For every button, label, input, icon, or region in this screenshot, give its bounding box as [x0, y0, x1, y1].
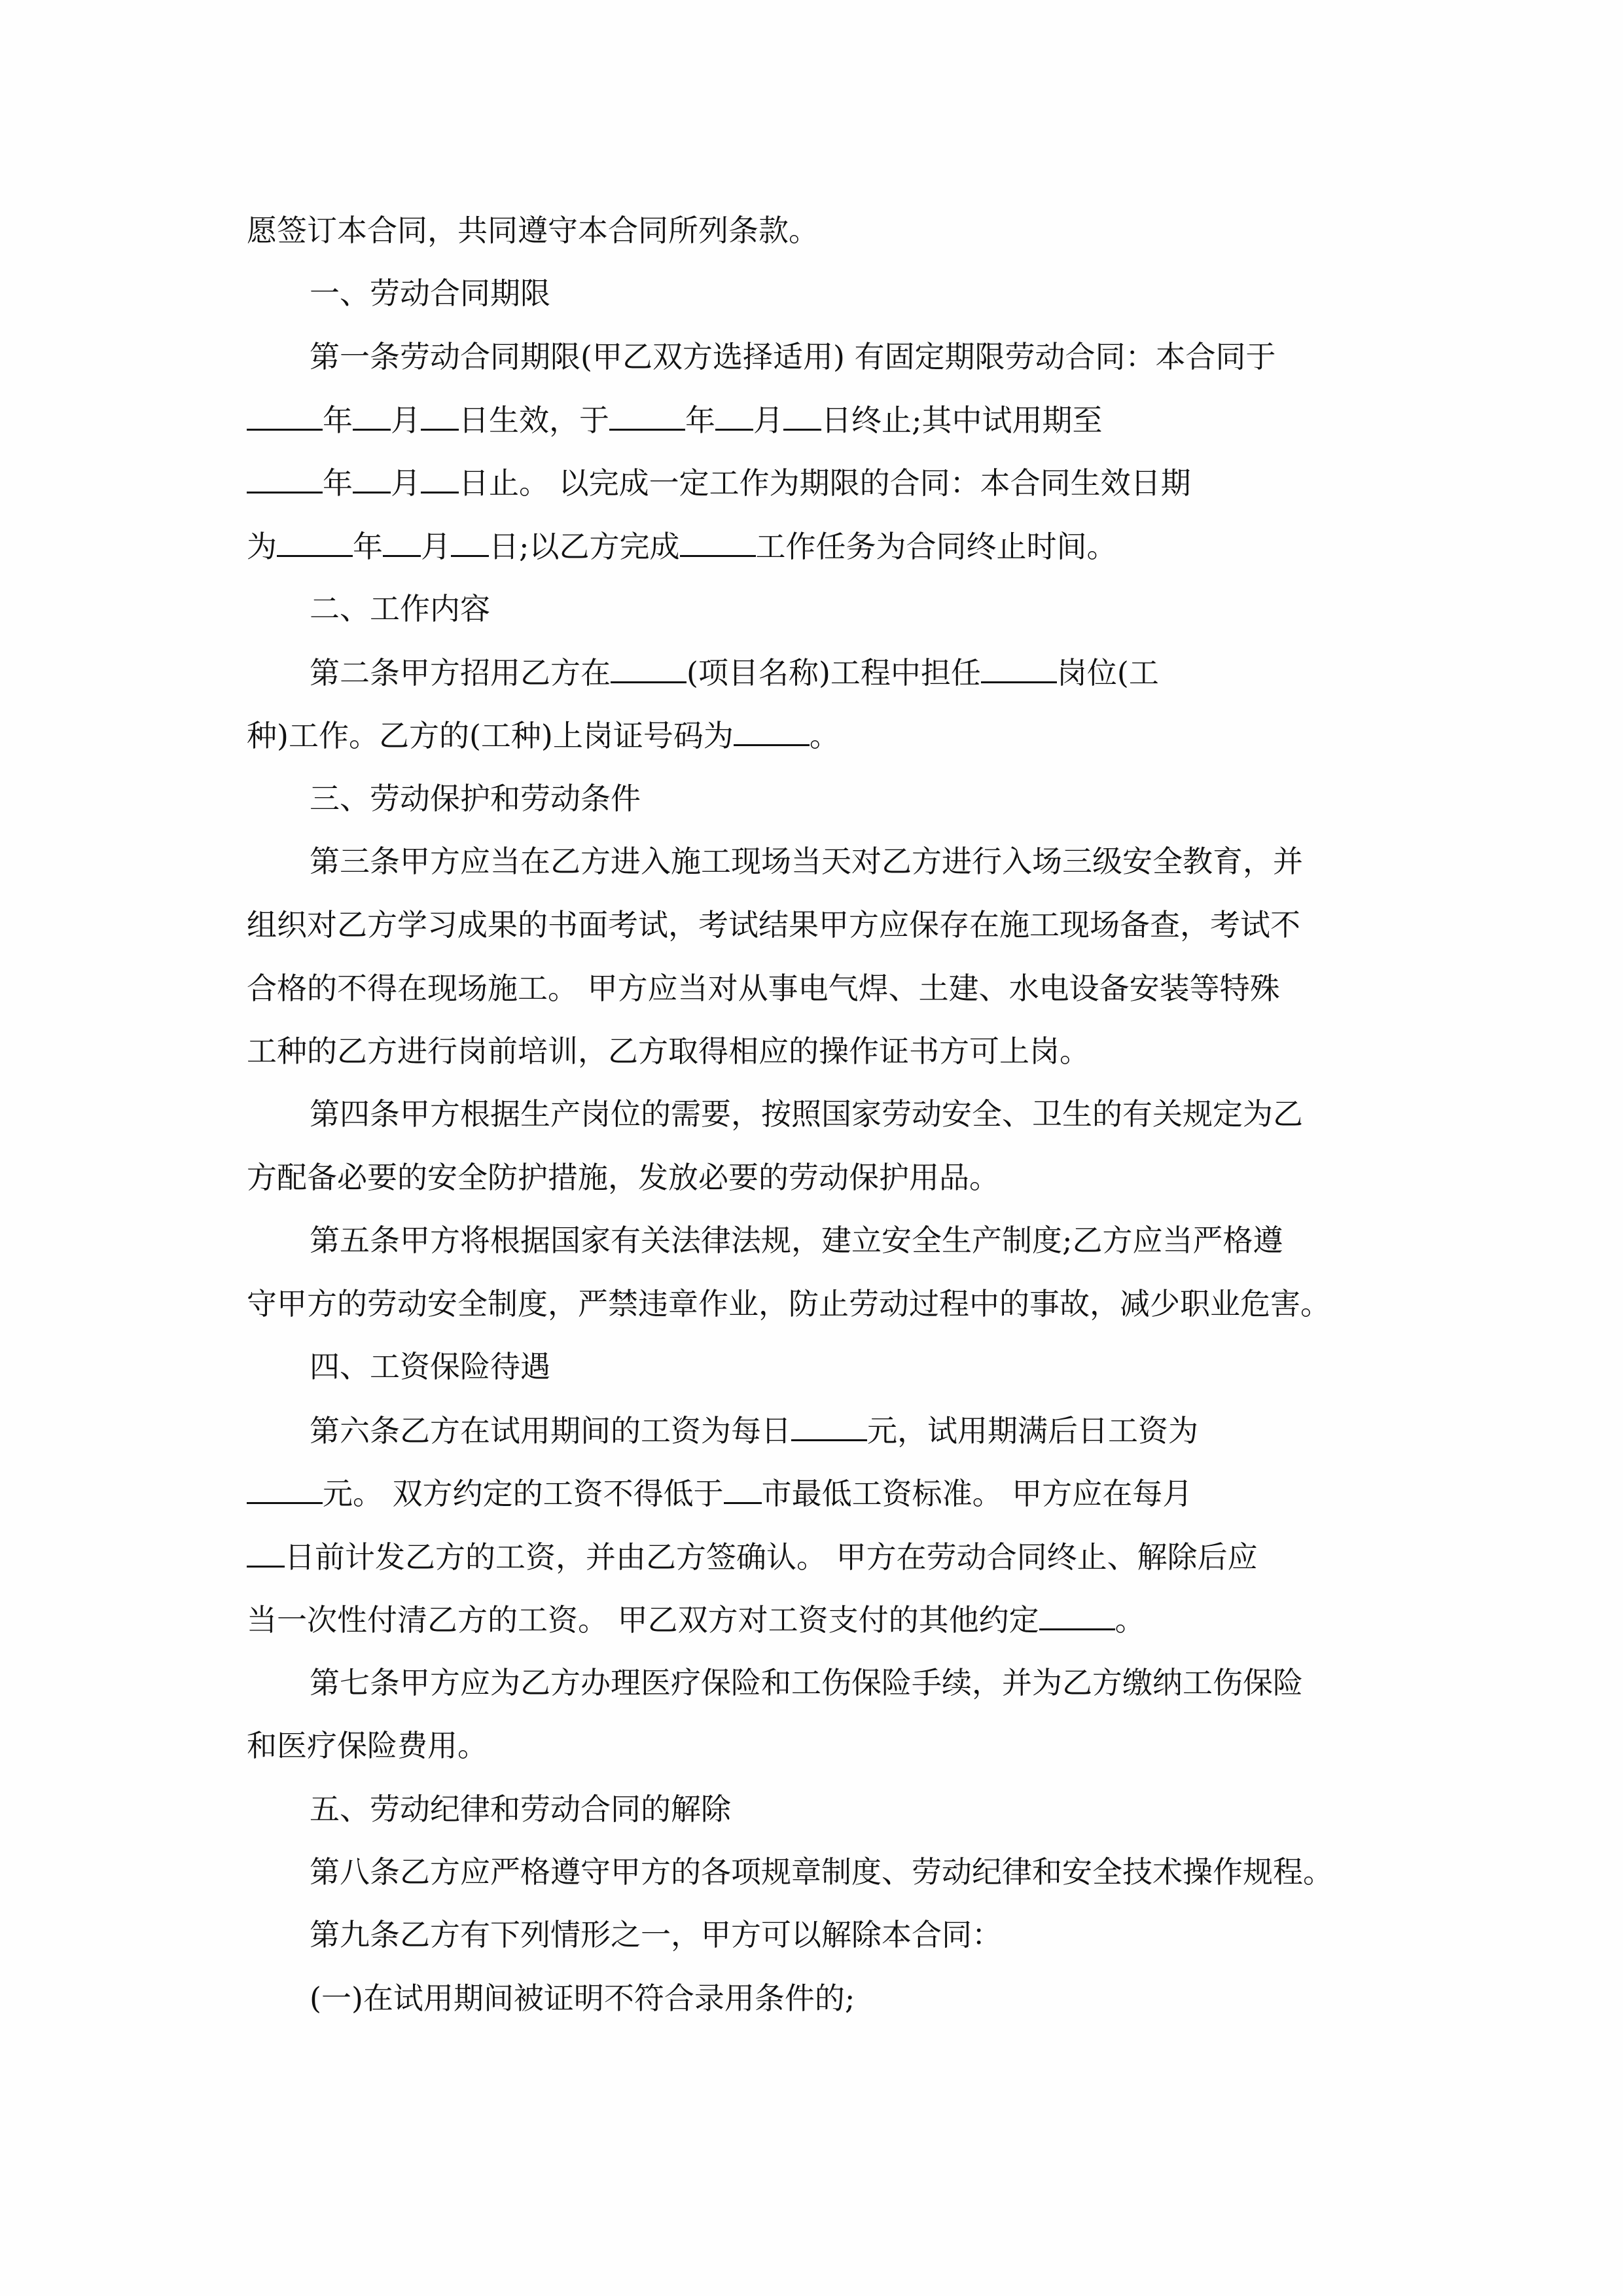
article-5-line-2: 守甲方的劳动安全制度，严禁违章作业，防止劳动过程中的事故，减少职业危害。: [247, 1284, 1330, 1323]
blank-field[interactable]: [791, 1410, 867, 1441]
article-3-line-3: 合格的不得在现场施工。 甲方应当对从事电气焊、土建、水电设备安装等特殊: [247, 969, 1280, 1008]
blank-field[interactable]: [353, 400, 391, 431]
article-3-line-1: 第三条甲方应当在乙方进入施工现场当天对乙方进行入场三级安全教育，并: [310, 842, 1303, 881]
text-fragment: 市最低工资标准。 甲方应在每月: [762, 1476, 1193, 1511]
section-heading-1: 一、劳动合同期限: [310, 274, 550, 313]
text-month: 月: [421, 529, 451, 564]
blank-field[interactable]: [609, 400, 685, 431]
article-6-line-3: 日前计发乙方的工资，并由乙方签确认。 甲方在劳动合同终止、解除后应: [247, 1537, 1258, 1576]
article-7-line-2: 和医疗保险费用。: [247, 1726, 488, 1765]
section-heading-3: 三、劳动保护和劳动条件: [310, 779, 641, 818]
article-1-line-2: 年月日生效，于年月日终止;其中试用期至: [247, 400, 1103, 439]
blank-field[interactable]: [981, 653, 1057, 683]
blank-field[interactable]: [1039, 1600, 1115, 1630]
text-month: 月: [391, 465, 421, 501]
blank-field[interactable]: [421, 400, 459, 431]
text-fragment: 第六条乙方在试用期间的工资为每日: [310, 1413, 791, 1448]
text-fragment: 种)工作。乙方的(工种)上岗证号码为: [247, 718, 734, 753]
text-fragment: 当一次性付清乙方的工资。 甲乙双方对工资支付的其他约定: [247, 1602, 1039, 1638]
text-fragment: 元。 双方约定的工资不得低于: [323, 1476, 724, 1511]
text-year: 年: [685, 403, 715, 438]
section-heading-4: 四、工资保险待遇: [310, 1347, 550, 1386]
article-2-line-2: 种)工作。乙方的(工种)上岗证号码为。: [247, 715, 840, 755]
article-5-line-1: 第五条甲方将根据国家有关法律法规，建立安全生产制度;乙方应当严格遵: [310, 1221, 1283, 1260]
article-7-line-1: 第七条甲方应为乙方办理医疗保险和工伤保险手续，并为乙方缴纳工伤保险: [310, 1663, 1303, 1702]
blank-field[interactable]: [247, 1473, 323, 1504]
article-1-line-1: 第一条劳动合同期限(甲乙双方选择适用) 有固定期限劳动合同：本合同于: [310, 337, 1276, 376]
text-fragment: 第二条甲方招用乙方在: [310, 655, 611, 691]
text-month: 月: [753, 403, 783, 438]
blank-field[interactable]: [421, 463, 459, 493]
blank-field[interactable]: [734, 715, 810, 746]
section-heading-5: 五、劳动纪律和劳动合同的解除: [310, 1789, 731, 1829]
article-2-line-1: 第二条甲方招用乙方在(项目名称)工程中担任岗位(工: [310, 653, 1159, 692]
text-year: 年: [323, 465, 353, 501]
section-heading-2: 二、工作内容: [310, 589, 490, 628]
article-3-line-4: 工种的乙方进行岗前培训，乙方取得相应的操作证书方可上岗。: [247, 1031, 1090, 1071]
text-fragment: 日;以乙方完成: [489, 529, 680, 564]
text-fragment: 日生效，于: [459, 403, 609, 438]
text-fragment: 日前计发乙方的工资，并由乙方签确认。 甲方在劳动合同终止、解除后应: [285, 1539, 1258, 1575]
blank-field[interactable]: [353, 463, 391, 493]
blank-field[interactable]: [277, 526, 353, 557]
text-month: 月: [391, 403, 421, 438]
text-fragment: 为: [247, 529, 277, 564]
text-year: 年: [323, 403, 353, 438]
blank-field[interactable]: [611, 653, 687, 683]
blank-field[interactable]: [383, 526, 421, 557]
text-year: 年: [353, 529, 383, 564]
article-6-line-2: 元。 双方约定的工资不得低于市最低工资标准。 甲方应在每月: [247, 1473, 1192, 1513]
blank-field[interactable]: [451, 526, 489, 557]
blank-field[interactable]: [680, 526, 756, 557]
paragraph-line: 愿签订本合同，共同遵守本合同所列条款。: [247, 211, 819, 250]
blank-field[interactable]: [247, 463, 323, 493]
article-6-line-1: 第六条乙方在试用期间的工资为每日元，试用期满后日工资为: [310, 1410, 1198, 1450]
article-3-line-2: 组织对乙方学习成果的书面考试，考试结果甲方应保存在施工现场备查，考试不: [247, 905, 1300, 944]
text-fragment: 。: [810, 718, 840, 753]
article-4-line-1: 第四条甲方根据生产岗位的需要，按照国家劳动安全、卫生的有关规定为乙: [310, 1094, 1303, 1134]
blank-field[interactable]: [247, 1537, 285, 1568]
article-6-line-4: 当一次性付清乙方的工资。 甲乙双方对工资支付的其他约定。: [247, 1600, 1145, 1639]
blank-field[interactable]: [247, 400, 323, 431]
blank-field[interactable]: [724, 1473, 762, 1504]
text-fragment: 工作任务为合同终止时间。: [756, 529, 1117, 564]
text-fragment: 岗位(工: [1057, 655, 1159, 691]
article-1-line-4: 为年月日;以乙方完成工作任务为合同终止时间。: [247, 526, 1117, 565]
text-fragment: (项目名称)工程中担任: [687, 655, 981, 691]
text-fragment: 。: [1115, 1602, 1145, 1638]
article-9-item-1: (一)在试用期间被证明不符合录用条件的;: [310, 1979, 855, 2018]
text-fragment: 元，试用期满后日工资为: [867, 1413, 1198, 1448]
article-9: 第九条乙方有下列情形之一，甲方可以解除本合同：: [310, 1915, 1002, 1954]
blank-field[interactable]: [783, 400, 821, 431]
document-page: 愿签订本合同，共同遵守本合同所列条款。 一、劳动合同期限 第一条劳动合同期限(甲…: [0, 0, 1623, 2296]
text-fragment: 日止。 以完成一定工作为期限的合同：本合同生效日期: [459, 465, 1191, 501]
blank-field[interactable]: [715, 400, 753, 431]
article-8: 第八条乙方应严格遵守甲方的各项规章制度、劳动纪律和安全技术操作规程。: [310, 1852, 1333, 1892]
text-fragment: 日终止;其中试用期至: [821, 403, 1103, 438]
article-1-line-3: 年月日止。 以完成一定工作为期限的合同：本合同生效日期: [247, 463, 1191, 502]
article-4-line-2: 方配备必要的安全防护措施，发放必要的劳动保护用品。: [247, 1158, 999, 1197]
